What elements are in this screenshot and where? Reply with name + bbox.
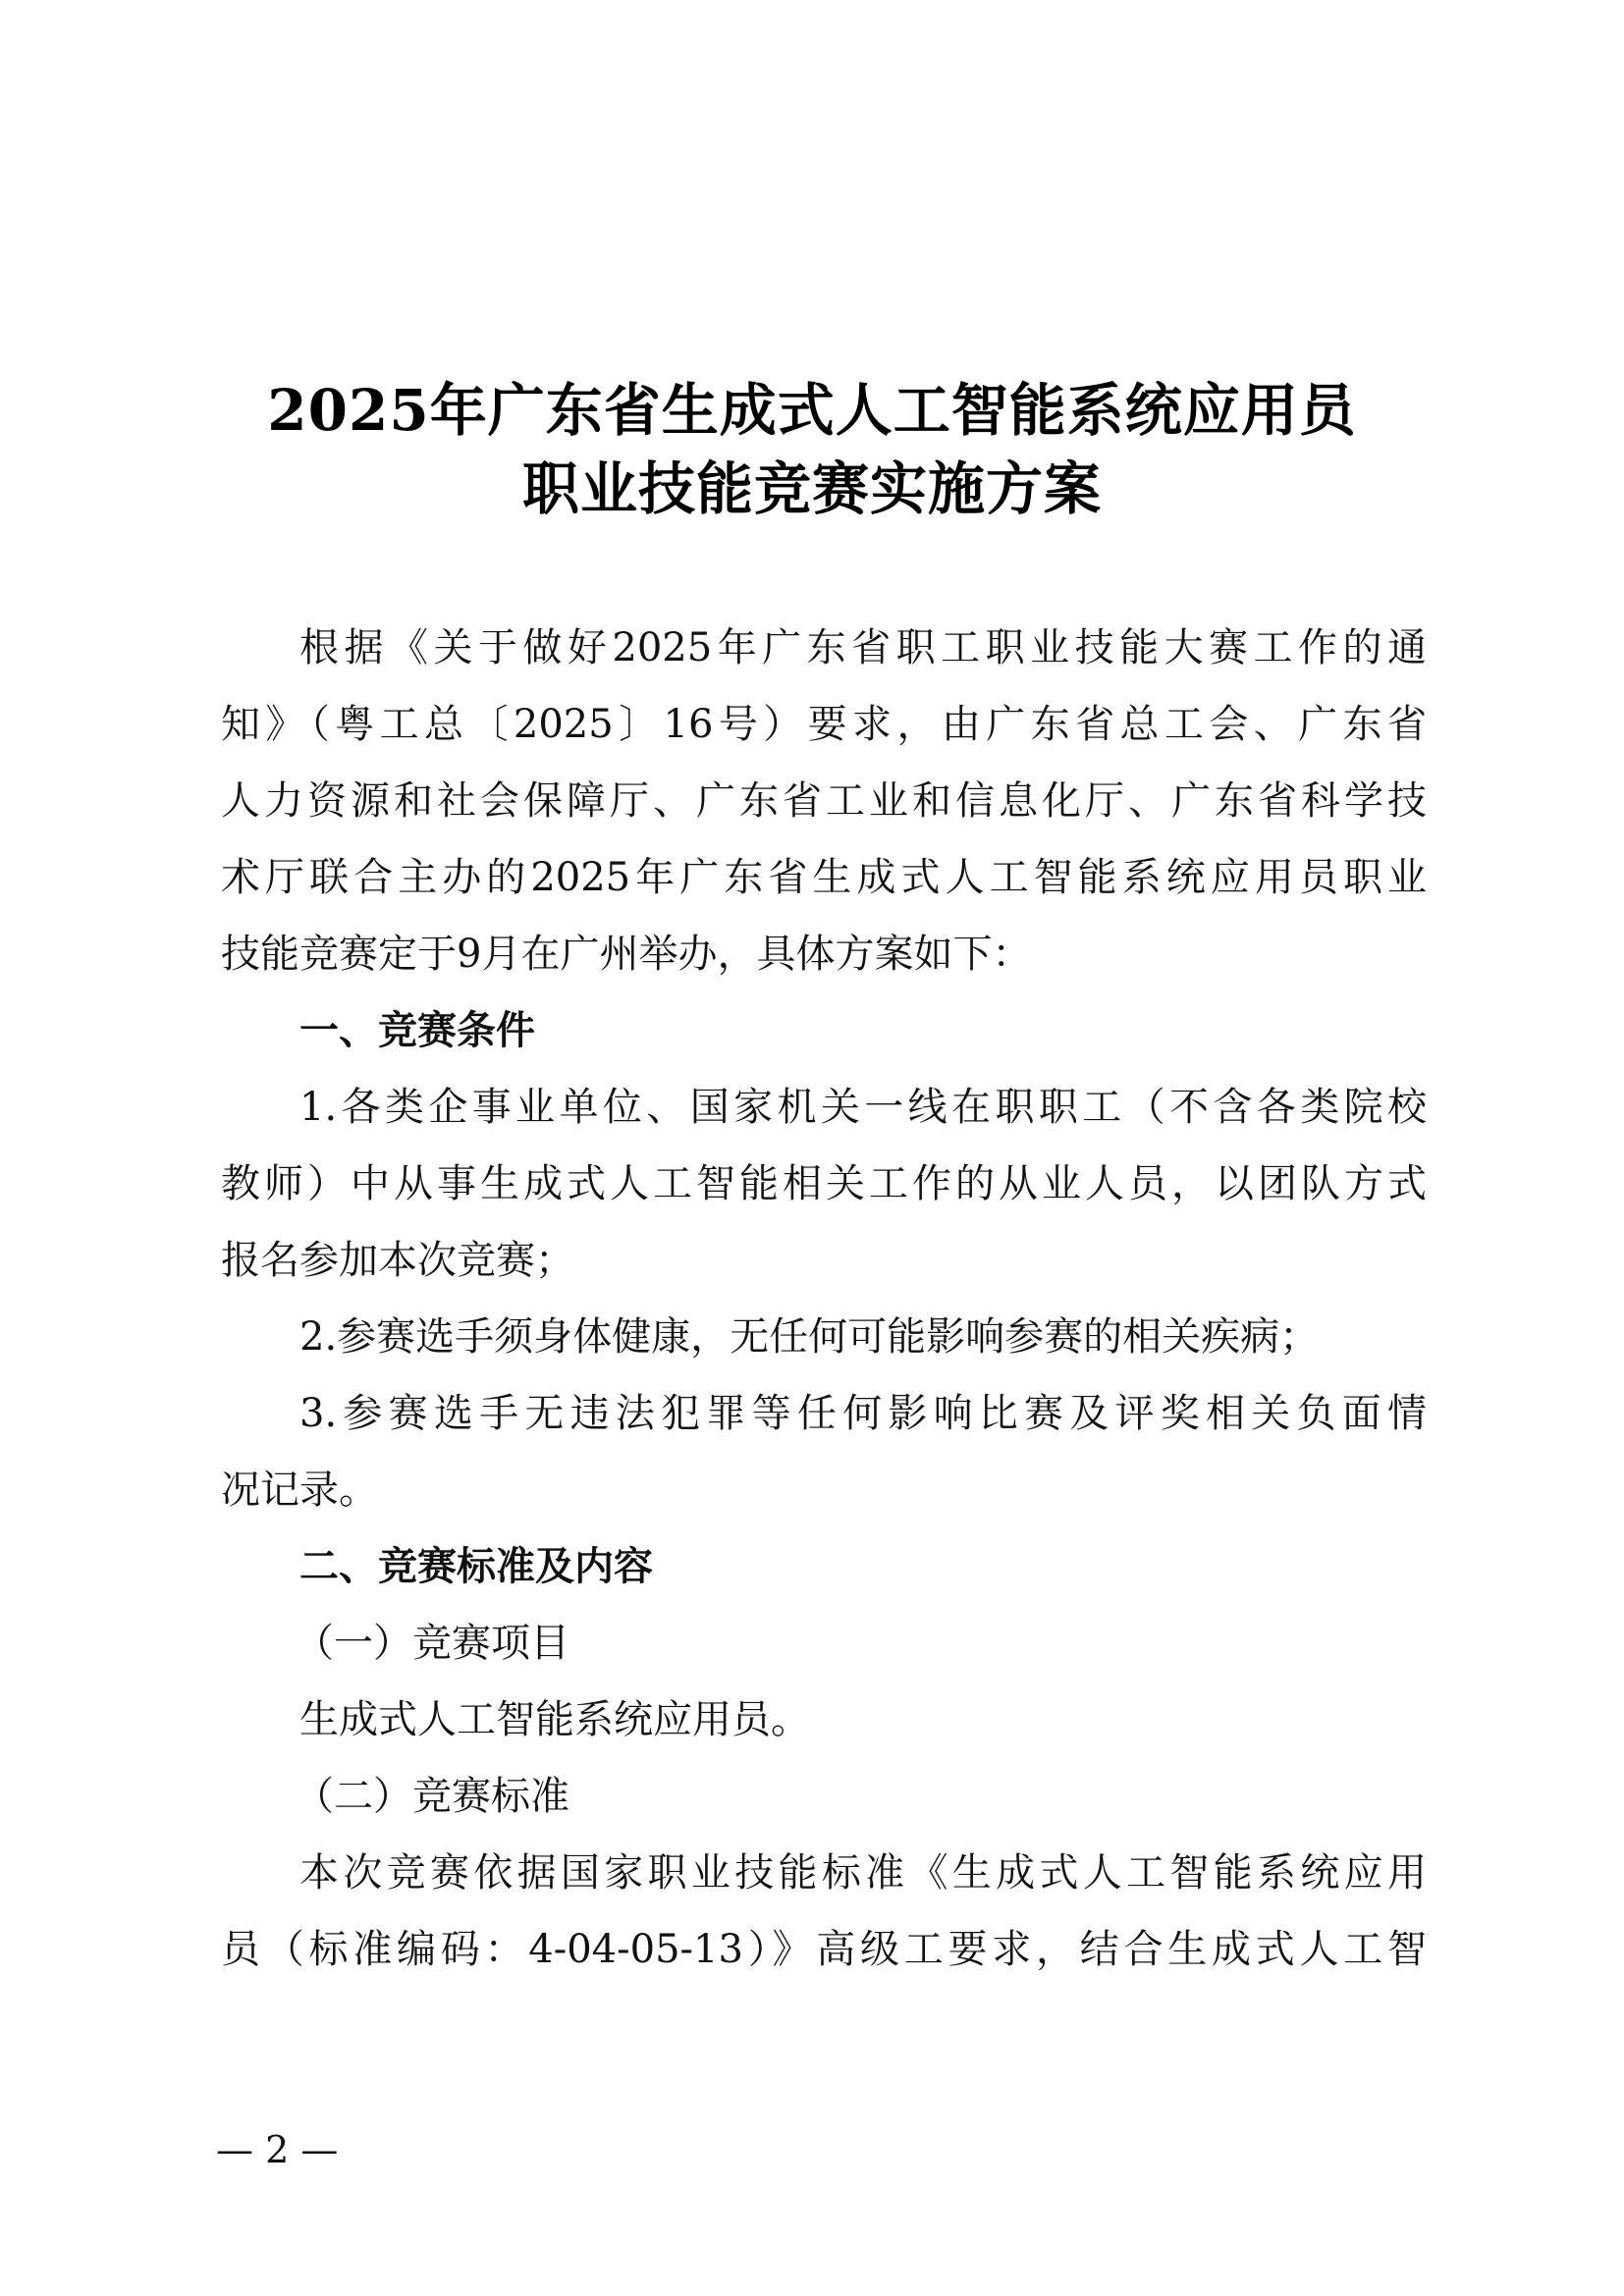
section-2-sub-2-text-line-1: 本次竞赛依据国家职业技能标准《生成式人工智能系统应用 [299, 1843, 1427, 1902]
section-2-sub-2-text-line-2: 员（标准编码：4-04-05-13）》高级工要求，结合生成式人工智 [221, 1920, 1427, 1979]
section-1-item-1-line-1: 1.各类企事业单位、国家机关一线在职职工（不含各类院校 [299, 1078, 1427, 1137]
intro-line-4: 术厅联合主办的2025年广东省生成式人工智能系统应用员职业 [221, 848, 1427, 907]
document-title-line-1: 2025年广东省生成式人工智能系统应用员 [0, 371, 1624, 450]
section-1-item-3-line-2: 况记录。 [221, 1461, 1427, 1520]
section-1-heading: 一、竞赛条件 [299, 1001, 1427, 1060]
intro-line-5: 技能竞赛定于9月在广州举办，具体方案如下： [221, 925, 1427, 984]
page-number: — 2 — [216, 2128, 338, 2171]
section-1-item-3-line-1: 3.参赛选手无违法犯罪等任何影响比赛及评奖相关负面情 [299, 1384, 1427, 1443]
section-2-sub-1-text: 生成式人工智能系统应用员。 [299, 1690, 1427, 1749]
intro-line-3: 人力资源和社会保障厅、广东省工业和信息化厅、广东省科学技 [221, 772, 1427, 830]
intro-line-1: 根据《关于做好2025年广东省职工职业技能大赛工作的通 [299, 618, 1427, 677]
section-1-item-1-line-3: 报名参加本次竞赛； [221, 1231, 1427, 1290]
section-2-heading: 二、竞赛标准及内容 [299, 1537, 1427, 1596]
document-title-line-2: 职业技能竞赛实施方案 [0, 450, 1624, 528]
section-1-item-1-line-2: 教师）中从事生成式人工智能相关工作的从业人员，以团队方式 [221, 1154, 1427, 1213]
section-2-sub-2-heading: （二）竞赛标准 [295, 1767, 1500, 1826]
document-page: 2025年广东省生成式人工智能系统应用员 职业技能竞赛实施方案 根据《关于做好2… [0, 0, 1624, 2296]
intro-line-2: 知》（粤工总〔2025〕16号）要求，由广东省总工会、广东省 [221, 695, 1427, 754]
section-2-sub-1-heading: （一）竞赛项目 [295, 1614, 1500, 1673]
section-1-item-2: 2.参赛选手须身体健康，无任何可能影响参赛的相关疾病； [299, 1308, 1427, 1366]
